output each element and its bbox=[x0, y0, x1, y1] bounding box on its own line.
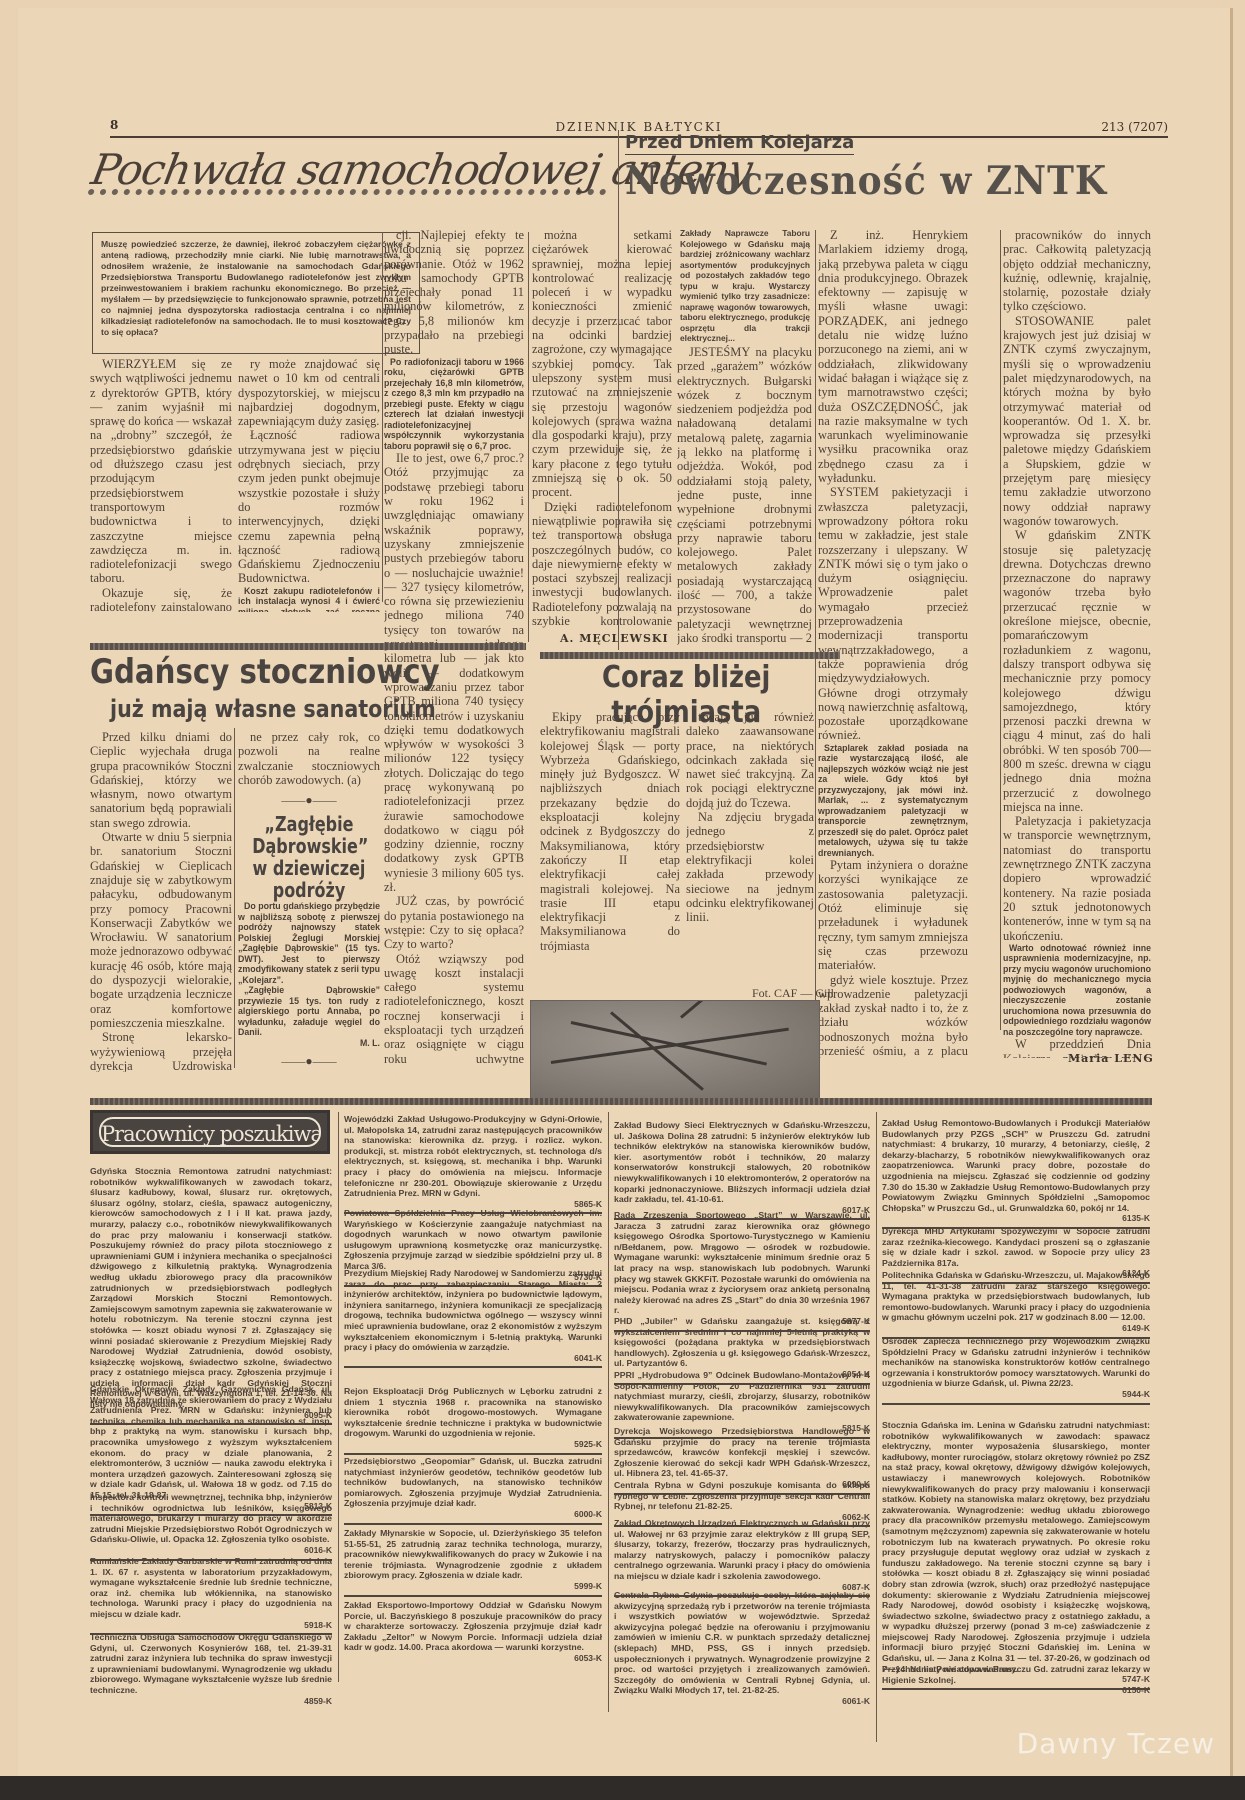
zntk-col-3: pracowników do innych prac. Całkowitą pa… bbox=[1003, 228, 1151, 1058]
article-intro-antenna: Muszę powiedzieć szczerze, że dawniej, i… bbox=[92, 232, 420, 354]
zntk-col-2: Z inż. Henrykiem Marlakiem idziemy drogą… bbox=[818, 228, 968, 1058]
column-divider bbox=[876, 1112, 877, 1742]
column-divider bbox=[338, 1112, 339, 1682]
column-divider bbox=[618, 130, 619, 650]
ornament-divider: ——●—— bbox=[238, 793, 380, 807]
column-divider bbox=[608, 1112, 609, 1712]
ad-item: Centrala Rybna Gdynia poszukuje osoby, k… bbox=[614, 1590, 870, 1710]
ad-item: Zakład Eksportowo-Importowy Oddział w Gd… bbox=[344, 1600, 602, 1667]
article-subtitle-sanatorium: już mają własne sanatorium bbox=[110, 695, 523, 723]
classifieds-header: Pracownicy poszukiwani bbox=[90, 1110, 330, 1154]
photo-electrification-crew bbox=[530, 1000, 820, 1100]
column-divider bbox=[382, 232, 383, 602]
article-title-sanatorium: Gdańscy stoczniowcy bbox=[90, 652, 520, 692]
issue-number: 213 (7207) bbox=[1101, 120, 1168, 134]
section-rule bbox=[540, 652, 840, 659]
trojmiasto-col-1: Ekipy pracujące przy elektryfikowaniu ma… bbox=[540, 710, 680, 995]
ad-item: Zakłady Młynarskie w Sopocie, ul. Dzierż… bbox=[344, 1528, 602, 1597]
article-title-zntk: Nowoczesność w ZNTK bbox=[625, 158, 1107, 204]
column-divider bbox=[815, 230, 816, 1060]
sanatorium-col-2: ne przez cały rok, co pozwoli na realne … bbox=[238, 730, 380, 1072]
ad-item: Zakład Usług Remontowo-Budowlanych i Pro… bbox=[882, 1118, 1150, 1229]
ad-item: Rada Zrzeszenia Sportowego „Start” w War… bbox=[614, 1210, 870, 1332]
page-edge bbox=[0, 1776, 1245, 1800]
byline-zaglebie: M. L. bbox=[238, 1038, 380, 1049]
watermark: Dawny Tczew bbox=[1017, 1727, 1215, 1760]
antenna-col-4: można setkami ciężarówek kierować sprawn… bbox=[532, 228, 672, 628]
ornament-divider: ——●—— bbox=[238, 1054, 380, 1068]
byline-antenna: A. MĘCLEWSKI bbox=[560, 632, 669, 645]
lead-zntk: Zakłady Naprawcze Taboru Kolejowego w Gd… bbox=[680, 228, 810, 344]
kicker-zntk: Przed Dniem Kolejarza bbox=[625, 132, 854, 155]
ad-item: Przychodnia Powiatowa w Pruszczu Gd. zat… bbox=[882, 1664, 1150, 1699]
sanatorium-col-1: Przed kilku dniami do Cieplic wyjechała … bbox=[90, 730, 232, 1072]
zntk-col-1: JESTEŚMY na placyku przed „garażem” wózk… bbox=[677, 345, 812, 645]
antenna-col-2: ry może znajdować się nawet o 10 km od c… bbox=[238, 357, 380, 612]
ad-item: Politechnika Gdańska w Gdańsku-Wrzeszczu… bbox=[882, 1270, 1150, 1339]
byline-zntk: Maria LENG bbox=[1068, 1052, 1154, 1065]
ad-item: Zakład Budowy Sieci Elektrycznych w Gdań… bbox=[614, 1120, 870, 1220]
ad-item: Stocznia Gdańska im. Lenina w Gdańsku za… bbox=[882, 1420, 1150, 1690]
ad-item: Inspektora kontroli wewnętrznej, technik… bbox=[90, 1492, 332, 1561]
ad-item: Przedsiębiorstwo „Geopomiar” Gdańsk, ul.… bbox=[344, 1456, 602, 1525]
ad-item: Ośrodek Zaplecza Technicznego przy Wojew… bbox=[882, 1336, 1150, 1405]
ad-item: Rumiańskie Zakłady Garbarskie w Rumi zat… bbox=[90, 1556, 332, 1635]
ad-item: Rejon Eksploatacji Dróg Publicznych w Lę… bbox=[344, 1386, 602, 1455]
ad-item: Techniczna Obsługa Samochodów Okręgu Gda… bbox=[90, 1632, 332, 1709]
column-divider bbox=[528, 232, 529, 642]
trojmiasto-col-2: trwają już również daleko zaawansowane p… bbox=[686, 710, 814, 995]
photo-caption: Fot. CAF — Gill bbox=[752, 986, 834, 1001]
column-divider bbox=[234, 728, 235, 1068]
ad-item: Wojewódzki Zakład Usługowo-Produkcyjny w… bbox=[344, 1114, 602, 1214]
article-title-zaglebie: „Zagłębie Dąbrowskie” w dziewiczej podró… bbox=[252, 813, 366, 901]
ad-item: Zakład Okrętowych Urządzeń Elektrycznych… bbox=[614, 1518, 870, 1597]
section-rule bbox=[90, 643, 526, 650]
article-title-antenna: Pochwała samochodowej anteny bbox=[88, 145, 615, 195]
column-divider bbox=[1000, 230, 1001, 1030]
antenna-col-1: WIERZYŁEM się ze swych wątpliwości jedne… bbox=[90, 357, 232, 612]
classifieds-rule bbox=[90, 1098, 1152, 1105]
ad-item: Prezydium Miejskiej Rady Narodowej w San… bbox=[344, 1268, 602, 1368]
